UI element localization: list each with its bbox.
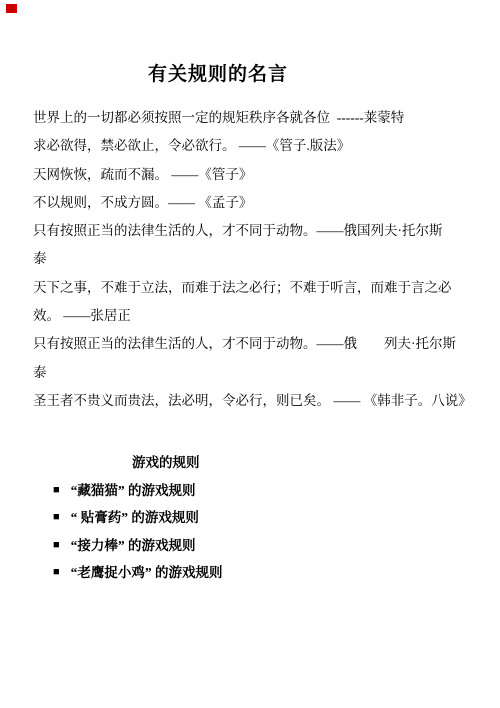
bullet-item-label: “藏猫猫” 的游戏规则	[71, 477, 196, 505]
bullet-item-label: “接力棒” 的游戏规则	[71, 532, 196, 560]
quote-line: 天网恢恢，疏而不漏。 ——《管子》	[33, 161, 483, 189]
quote-line: 不以规则，不成方圆。—— 《孟子》	[33, 189, 483, 217]
bullet-item-label: “老鹰捉小鸡” 的游戏规则	[71, 559, 223, 587]
section-heading: 游戏的规则	[132, 449, 453, 477]
bullet-square-icon: ■	[53, 532, 60, 560]
list-item: ■ “接力棒” 的游戏规则	[53, 532, 453, 560]
quote-line: 圣王者不贵义而贵法，法必明，令必行，则已矣。 —— 《韩非子。八说》	[33, 387, 483, 415]
red-marker	[6, 4, 17, 13]
bullet-square-icon: ■	[53, 477, 60, 505]
quote-line: 泰	[33, 359, 483, 387]
list-item: ■ “老鹰捉小鸡” 的游戏规则	[53, 559, 453, 587]
bullet-square-icon: ■	[53, 504, 60, 532]
document-page: 有关规则的名言 世界上的一切都必须按照一定的规矩秩序各就各位 ------莱蒙特…	[0, 0, 500, 708]
quote-line: 天下之事，不难于立法，而难于法之必行；不难于听言，而难于言之必	[33, 274, 483, 302]
quote-line: 只有按照正当的法律生活的人，才不同于动物。——俄国列夫·托尔斯	[33, 217, 483, 245]
games-section: 游戏的规则 ■ “藏猫猫” 的游戏规则 ■ “ 贴膏药” 的游戏规则 ■ “接力…	[53, 449, 453, 587]
bullet-square-icon: ■	[53, 559, 60, 587]
list-item: ■ “ 贴膏药” 的游戏规则	[53, 504, 453, 532]
list-item: ■ “藏猫猫” 的游戏规则	[53, 477, 453, 505]
quote-line: 效。 ——张居正	[33, 302, 483, 330]
page-title: 有关规则的名言	[0, 59, 436, 86]
quote-line: 泰	[33, 245, 483, 273]
bullet-item-label: “ 贴膏药” 的游戏规则	[71, 504, 199, 532]
quote-line: 世界上的一切都必须按照一定的规矩秩序各就各位 ------莱蒙特	[33, 104, 483, 132]
quote-line: 求必欲得，禁必欲止，令必欲行。 ——《管子.版法》	[33, 132, 483, 160]
quote-line: 只有按照正当的法律生活的人，才不同于动物。——俄 列夫·托尔斯	[33, 330, 483, 358]
quotes-block: 世界上的一切都必须按照一定的规矩秩序各就各位 ------莱蒙特 求必欲得，禁必…	[33, 104, 483, 415]
